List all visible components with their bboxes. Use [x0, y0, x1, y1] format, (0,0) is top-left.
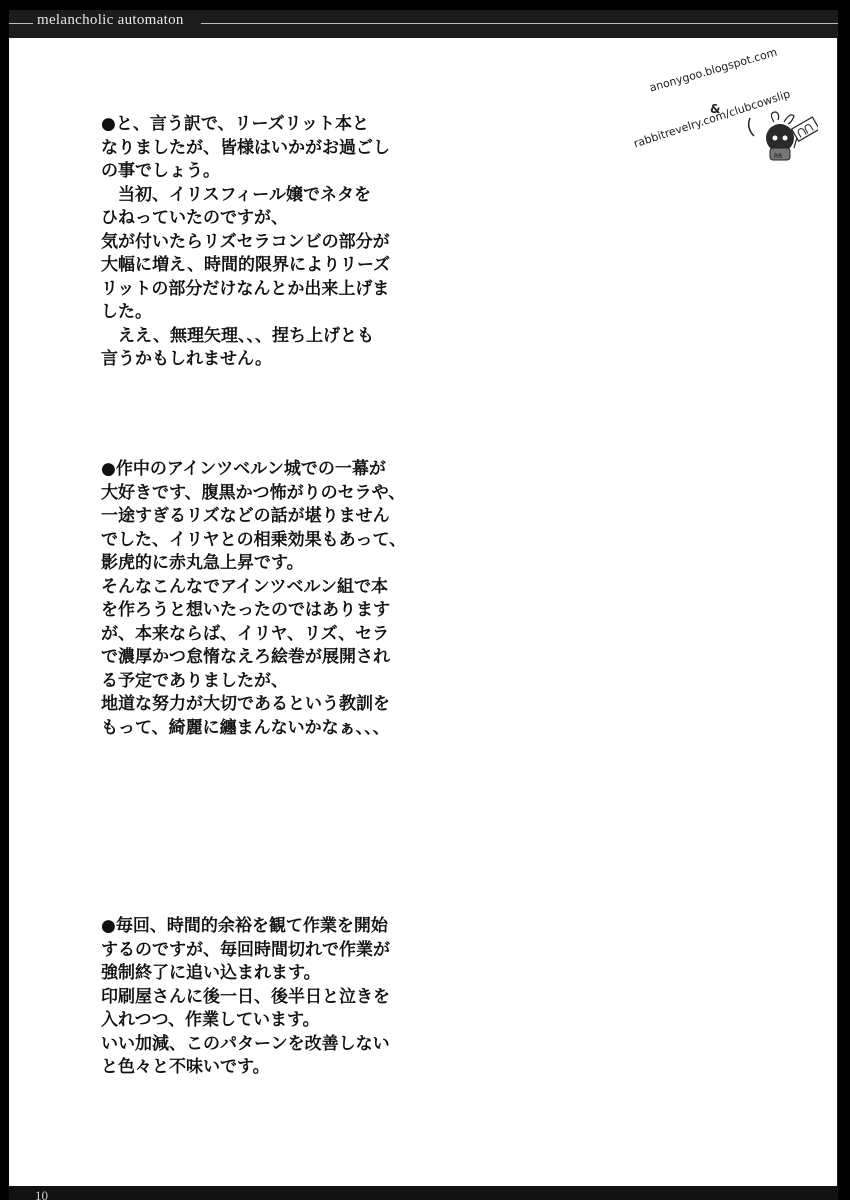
text-line: なりましたが、皆様はいかがお過ごし: [101, 137, 390, 161]
text-line: で濃厚かつ怠惰なえろ絵巻が展開され: [101, 646, 406, 670]
text-line: した。: [101, 301, 390, 325]
text-line: ひねっていたのですが、: [101, 207, 390, 231]
mascot-icon: RR: [738, 108, 818, 168]
text-line: ええ、無理矢理、、、捏ち上げとも: [101, 325, 390, 349]
text-line: と色々と不味いです。: [101, 1056, 390, 1080]
text-line: 影虎的に赤丸急上昇です。: [101, 552, 406, 576]
text-line: 大好きです、腹黒かつ怖がりのセラや、: [101, 482, 406, 506]
text-line: 強制終了に追い込まれます。: [101, 962, 390, 986]
text-line: いい加減、このパターンを改善しない: [101, 1033, 390, 1057]
text-line: でした、イリヤとの相乗効果もあって、: [101, 529, 406, 553]
text-line: 当初、イリスフィール嬢でネタを: [101, 184, 390, 208]
text-line: 一途すぎるリズなどの話が堪りません: [101, 505, 406, 529]
text-line: 気が付いたらリズセラコンビの部分が: [101, 231, 390, 255]
text-line: もって、綺麗に纏まんないかなぁ、、、: [101, 717, 406, 741]
text-line: 入れつつ、作業しています。: [101, 1009, 390, 1033]
text-line: 地道な努力が大切であるという教訓を: [101, 693, 406, 717]
header-rule-left: [9, 23, 33, 24]
mascot-badge: RR: [774, 153, 782, 160]
text-block-2: ●作中のアインツベルン城での一幕が 大好きです、腹黒かつ怖がりのセラや、 一途す…: [101, 458, 406, 740]
text-line: る予定でありましたが、: [101, 670, 406, 694]
text-line: リットの部分だけなんとか出来上げま: [101, 278, 390, 302]
page-number: 10: [35, 1188, 48, 1200]
text-line: 言うかもしれません。: [101, 348, 390, 372]
footer-band: [9, 1186, 838, 1200]
header-band: melancholic automaton: [9, 10, 838, 38]
header-rule-right: [201, 23, 838, 24]
scanlator-watermark: anonygoo.blogspot.com & rabbitrevelry.co…: [628, 68, 828, 168]
text-line: が、本来ならば、イリヤ、リズ、セラ: [101, 623, 406, 647]
text-line: ●作中のアインツベルン城での一幕が: [101, 458, 406, 482]
header-title: melancholic automaton: [37, 12, 184, 29]
text-line: を作ろうと想いたったのではあります: [101, 599, 406, 623]
text-line: 大幅に増え、時間的限界によりリーズ: [101, 254, 390, 278]
text-line: ●毎回、時間的余裕を観て作業を開始: [101, 915, 390, 939]
text-line: 印刷屋さんに後一日、後半日と泣きを: [101, 986, 390, 1010]
text-block-1: ●と、言う訳で、リーズリット本と なりましたが、皆様はいかがお過ごし の事でしょ…: [101, 113, 390, 372]
text-line: の事でしょう。: [101, 160, 390, 184]
text-line: ●と、言う訳で、リーズリット本と: [101, 113, 390, 137]
text-line: そんなこんなでアインツベルン組で本: [101, 576, 406, 600]
text-line: するのですが、毎回時間切れで作業が: [101, 939, 390, 963]
text-block-3: ●毎回、時間的余裕を観て作業を開始 するのですが、毎回時間切れで作業が 強制終了…: [101, 915, 390, 1080]
